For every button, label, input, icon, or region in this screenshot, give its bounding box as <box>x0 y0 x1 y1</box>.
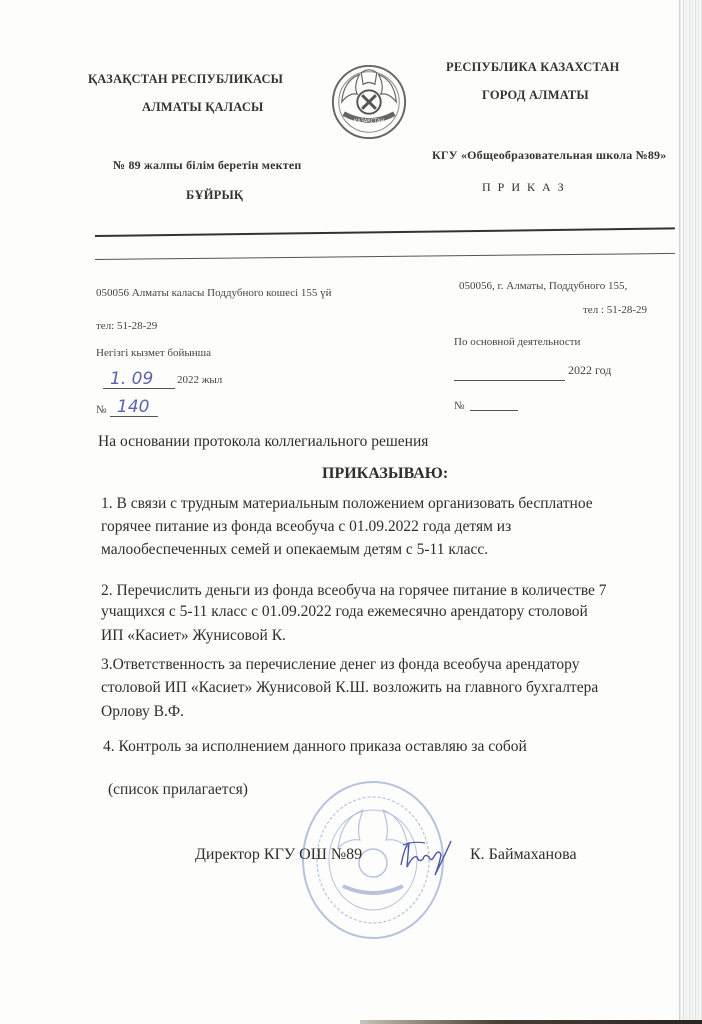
item-1-line-1: 1. В связи с трудным материальным положе… <box>101 495 593 513</box>
scan-bottom-shadow <box>360 1020 702 1024</box>
scan-page-edge <box>679 0 702 1024</box>
signatory-name: К. Баймаханова <box>470 846 577 864</box>
item-3-line-1: 3.Ответственность за перечисление денег … <box>101 656 579 674</box>
address-left: 050056 Алматы каласы Поддубного кошесі 1… <box>96 287 332 299</box>
scanned-order-document: ҚАЗАҚСТАН РЕСПУБЛИКАСЫ АЛМАТЫ ҚАЛАСЫ № 8… <box>0 0 702 1024</box>
item-3-line-3: Орлову В.Ф. <box>101 703 184 721</box>
item-1-line-3: малообеспеченных семей и опекаемым детям… <box>101 541 488 559</box>
header-right-city: ГОРОД АЛМАТЫ <box>482 88 589 103</box>
header-right-country: РЕСПУБЛИКА КАЗАХСТАН <box>446 60 620 75</box>
date-handwritten: 1. 09 <box>110 369 153 389</box>
activity-right: По основной деятельности <box>454 336 580 348</box>
number-prefix-left: № <box>96 404 107 416</box>
number-prefix-right: № <box>454 400 465 412</box>
number-underline <box>110 416 158 417</box>
item-2-line-3: ИП «Касиет» Жунисовой К. <box>101 627 286 645</box>
header-rule-thin <box>95 253 675 260</box>
order-heading: ПРИКАЗЫВАЮ: <box>322 465 448 483</box>
date-blank-line-right <box>454 380 565 381</box>
svg-text:ҚАЗАҚСТАН: ҚАЗАҚСТАН <box>354 118 384 124</box>
item-4-line-1: 4. Контроль за исполнением данного прика… <box>103 738 527 756</box>
number-handwritten: 140 <box>117 397 149 417</box>
header-right-school: КГУ «Общеобразовательная школа №89» <box>432 148 666 163</box>
header-rule-thick <box>95 227 675 237</box>
number-blank-line-right <box>470 410 518 411</box>
year-right: 2022 год <box>568 363 611 378</box>
phone-right: тел : 51-28-29 <box>583 304 647 316</box>
address-right: 050056, г. Алматы, Поддубного 155, <box>459 280 627 292</box>
header-left-school: № 89 жалпы білім беретін мектеп <box>113 158 302 173</box>
activity-left: Негізгі кызмет бойынша <box>96 347 211 359</box>
item-2-line-1: 2. Перечислить деньги из фонда всеобуча … <box>101 582 607 600</box>
signatory-position: Директор КГУ ОШ №89 <box>195 846 362 864</box>
order-basis: На основании протокола коллегиального ре… <box>98 433 428 451</box>
handwritten-signature-icon <box>395 835 455 880</box>
header-left-city: АЛМАТЫ ҚАЛАСЫ <box>142 100 264 115</box>
item-2-line-2: учащихся с 5-11 класс с 01.09.2022 года … <box>101 603 588 621</box>
attachment-note: (список прилагается) <box>108 781 248 799</box>
item-3-line-2: столовой ИП «Касиет» Жунисовой К.Ш. возл… <box>101 679 598 697</box>
header-right-doc-type: П Р И К А З <box>482 180 566 195</box>
phone-left: тел: 51-28-29 <box>96 320 157 332</box>
year-left: 2022 жыл <box>177 374 222 386</box>
item-1-line-2: горячее питание из фонда всеобуча с 01.0… <box>101 518 511 536</box>
header-left-doc-type: БҰЙРЫҚ <box>186 188 243 203</box>
state-emblem-icon: ҚАЗАҚСТАН <box>330 63 408 141</box>
header-left-country: ҚАЗАҚСТАН РЕСПУБЛИКАСЫ <box>88 72 283 87</box>
date-underline <box>103 388 175 389</box>
